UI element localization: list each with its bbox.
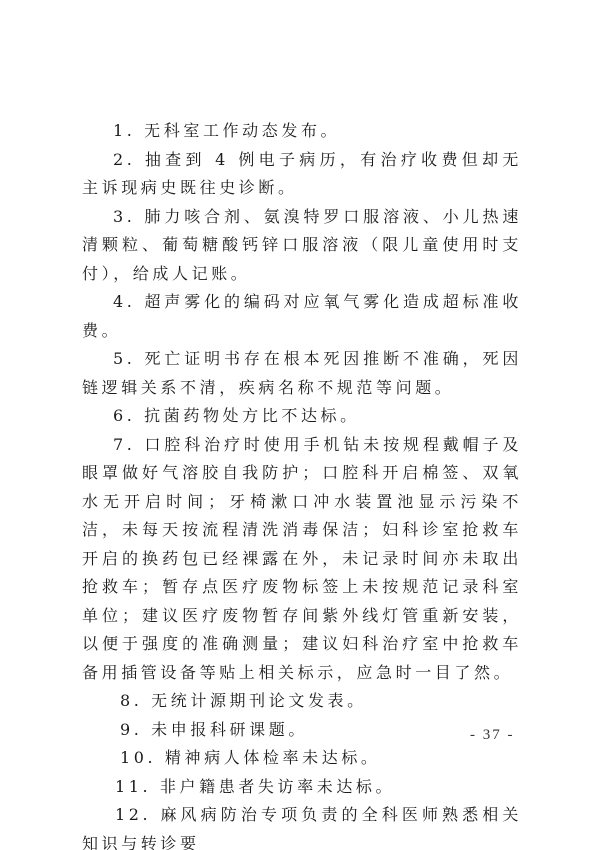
list-item-12: 12. 麻风病防治专项负责的全科医师熟悉相关知识与转诊要 [82, 801, 522, 850]
list-item-4: 4. 超声雾化的编码对应氧气雾化造成超标准收费。 [82, 288, 522, 345]
list-item-2: 2. 抽查到 4 例电子病历，有治疗收费但却无主诉现病史既往史诊断。 [82, 146, 522, 203]
document-page: 1. 无科室工作动态发布。 2. 抽查到 4 例电子病历，有治疗收费但却无主诉现… [0, 0, 600, 850]
document-body: 1. 无科室工作动态发布。 2. 抽查到 4 例电子病历，有治疗收费但却无主诉现… [82, 117, 522, 850]
list-item-10: 10. 精神病人体检率未达标。 [82, 744, 522, 773]
list-item-7: 7. 口腔科治疗时使用手机钻未按规程戴帽子及眼罩做好气溶胶自我防护；口腔科开启棉… [82, 431, 522, 688]
list-item-5: 5. 死亡证明书存在根本死因推断不准确，死因链逻辑关系不清，疾病名称不规范等问题… [82, 345, 522, 402]
list-item-1: 1. 无科室工作动态发布。 [82, 117, 522, 146]
list-item-9: 9. 未申报科研课题。 [82, 716, 522, 745]
list-item-3: 3. 肺力咳合剂、氨溴特罗口服溶液、小儿热速清颗粒、葡萄糖酸钙锌口服溶液（限儿童… [82, 203, 522, 289]
list-item-8: 8. 无统计源期刊论文发表。 [82, 687, 522, 716]
list-item-11: 11. 非户籍患者失访率未达标。 [82, 773, 522, 802]
list-item-6: 6. 抗菌药物处方比不达标。 [82, 402, 522, 431]
page-number: - 37 - [470, 727, 515, 744]
